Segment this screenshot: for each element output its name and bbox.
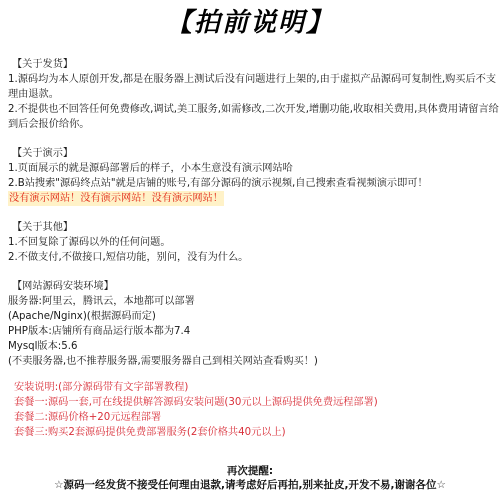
package-1: 套餐一:源码一套,可在线提供解答源码安装问题(30元以上源码提供免费远程部署) [14, 395, 378, 410]
demo-line-2: 2.B站搜索"源码终点站"就是店铺的账号,有部分源码的演示视频,自己搜索查看视频… [8, 176, 500, 191]
reminder-heading: 再次提醒: [0, 464, 500, 478]
section-demo: 【关于演示】 1.页面展示的就是源码部署后的样子，小本生意没有演示网站哈 2.B… [8, 146, 500, 206]
install-packages: 安装说明:(部分源码带有文字部署教程) 套餐一:源码一套,可在线提供解答源码安装… [14, 380, 378, 440]
environment-server-note: (不卖服务器,也不推荐服务器,需要服务器自己到相关网站查看购买！) [8, 354, 500, 369]
demo-line-1: 1.页面展示的就是源码部署后的样子，小本生意没有演示网站哈 [8, 161, 500, 176]
star-icon: ☆ [54, 479, 63, 491]
shipping-line-3: 2.不提供也不回答任何免费修改,调试,美工服务,如需修改,二次开发,增删功能,收… [8, 102, 500, 117]
shipping-line-2: 理由退款。 [8, 87, 500, 102]
package-3: 套餐三:购买2套源码提供免费部署服务(2套价格共40元以上) [14, 425, 378, 440]
section-environment: 【网站源码安装环境】 服务器:阿里云，腾讯云，本地都可以部署 (Apache/N… [8, 279, 500, 369]
other-line-1: 1.不回复除了源码以外的任何问题。 [8, 235, 500, 250]
section-heading-demo: 【关于演示】 [8, 146, 500, 161]
install-note: 安装说明:(部分源码带有文字部署教程) [14, 380, 378, 395]
shipping-line-4: 到后会报价给你。 [8, 117, 500, 132]
environment-php-version: PHP版本:店铺所有商品运行版本都为7.4 [8, 324, 500, 339]
environment-webserver: (Apache/Nginx)(根据源码而定) [8, 309, 500, 324]
star-icon: ☆ [436, 479, 445, 491]
section-heading-environment: 【网站源码安装环境】 [8, 279, 500, 294]
page-title: 【拍前说明】 [0, 6, 500, 40]
no-demo-warning: 没有演示网站！没有演示网站！没有演示网站！ [8, 191, 224, 206]
other-line-2: 2.不做支付,不做接口,短信功能，别问，没有为什么。 [8, 250, 500, 265]
reminder-text: 源码一经发货不接受任何理由退款,请考虑好后再拍,别来扯皮,开发不易,谢谢各位 [64, 479, 437, 491]
section-other: 【关于其他】 1.不回复除了源码以外的任何问题。 2.不做支付,不做接口,短信功… [8, 220, 500, 265]
reminder-block: 再次提醒: ☆源码一经发货不接受任何理由退款,请考虑好后再拍,别来扯皮,开发不易… [0, 464, 500, 492]
notice-content: 【关于发货】 1.源码均为本人原创开发,都是在服务器上测试后没有问题进行上架的,… [8, 57, 500, 383]
section-shipping: 【关于发货】 1.源码均为本人原创开发,都是在服务器上测试后没有问题进行上架的,… [8, 57, 500, 132]
reminder-text-line: ☆源码一经发货不接受任何理由退款,请考虑好后再拍,别来扯皮,开发不易,谢谢各位☆ [0, 478, 500, 492]
shipping-line-1: 1.源码均为本人原创开发,都是在服务器上测试后没有问题进行上架的,由于虚拟产品源… [8, 72, 500, 87]
section-heading-shipping: 【关于发货】 [8, 57, 500, 72]
section-heading-other: 【关于其他】 [8, 220, 500, 235]
environment-mysql-version: Mysql版本:5.6 [8, 339, 500, 354]
environment-server: 服务器:阿里云，腾讯云，本地都可以部署 [8, 294, 500, 309]
package-2: 套餐二:源码价格+20元远程部署 [14, 410, 378, 425]
